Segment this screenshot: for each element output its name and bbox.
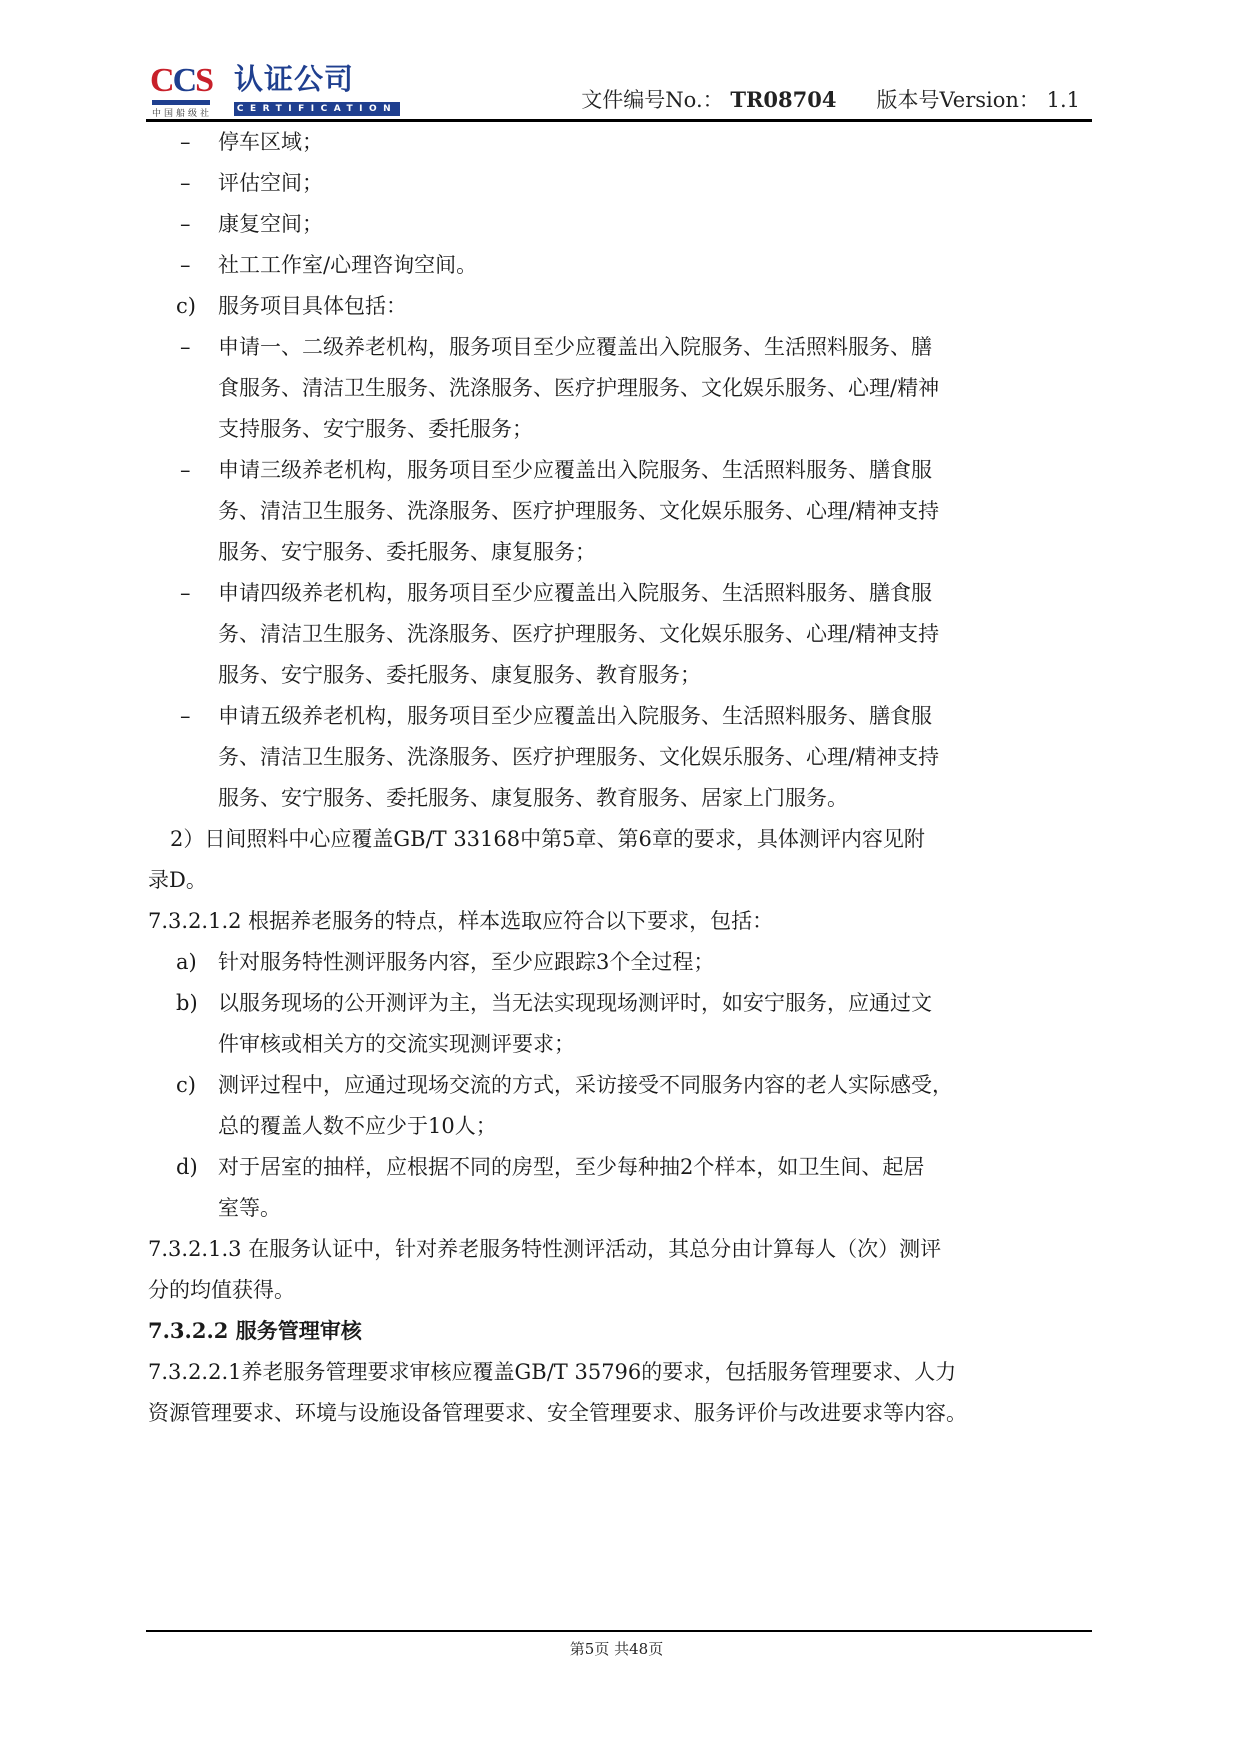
list-item-text: 室等。 xyxy=(218,1194,281,1222)
list-item-text: 服务、安宁服务、委托服务、康复服务、教育服务、居家上门服务。 xyxy=(218,784,848,812)
list-item-text: 停车区域； xyxy=(218,128,323,156)
page-header: CCS 中国船级社 认证公司 CERTIFICATION 文件编号No.： TR… xyxy=(148,62,1090,118)
company-en-label: CERTIFICATION xyxy=(234,102,400,116)
list-item-text: 测评过程中，应通过现场交流的方式，采访接受不同服务内容的老人实际感受， xyxy=(218,1071,953,1099)
list-item-text: 食服务、清洁卫生服务、洗涤服务、医疗护理服务、文化娱乐服务、心理/精神 xyxy=(218,374,939,402)
list-marker: – xyxy=(180,702,191,730)
list-item-text: 服务、安宁服务、委托服务、康复服务； xyxy=(218,538,596,566)
version-label: 版本号Version： xyxy=(877,88,1040,112)
list-marker: – xyxy=(180,579,191,607)
page-number: 第5页 共48页 xyxy=(0,1638,1233,1659)
list-item: – xyxy=(180,128,191,156)
clause-7-3-2-2-1-cont: 资源管理要求、环境与设施设备管理要求、安全管理要求、服务评价与改进要求等内容。 xyxy=(148,1399,967,1427)
clause-7-3-2-1-3-cont: 分的均值获得。 xyxy=(148,1276,295,1304)
header-divider xyxy=(146,119,1092,122)
doc-number-label: 文件编号No.： xyxy=(581,88,723,112)
clause-7-3-2-1-2: 7.3.2.1.2 根据养老服务的特点，样本选取应符合以下要求，包括： xyxy=(148,907,773,935)
footer-divider xyxy=(146,1630,1092,1632)
list-item-text: 总的覆盖人数不应少于10人； xyxy=(218,1112,497,1140)
clause-7-3-2-2-1: 7.3.2.2.1养老服务管理要求审核应覆盖GB/T 35796的要求，包括服务… xyxy=(148,1358,956,1386)
list-item-text: 针对服务特性测评服务内容，至少应跟踪3个全过程； xyxy=(218,948,714,976)
clause-7-3-2-1-3: 7.3.2.1.3 在服务认证中，针对养老服务特性测评活动，其总分由计算每人（次… xyxy=(148,1235,941,1263)
ccs-logo-mark: CCS xyxy=(150,64,212,98)
list-item: – xyxy=(180,251,191,279)
version-number: 1.1 xyxy=(1047,88,1080,112)
society-en-bar xyxy=(152,100,210,105)
list-item-text: 申请三级养老机构，服务项目至少应覆盖出入院服务、生活照料服务、膳食服 xyxy=(218,456,932,484)
list-marker: a) xyxy=(176,948,197,976)
item-c-marker: c) xyxy=(176,292,196,320)
list-marker: c) xyxy=(176,1071,196,1099)
list-item-text: 申请四级养老机构，服务项目至少应覆盖出入院服务、生活照料服务、膳食服 xyxy=(218,579,932,607)
section-heading: 7.3.2.2 服务管理审核 xyxy=(148,1317,362,1345)
list-item-text: 申请一、二级养老机构，服务项目至少应覆盖出入院服务、生活照料服务、膳 xyxy=(218,333,932,361)
list-item-text: 支持服务、安宁服务、委托服务； xyxy=(218,415,533,443)
paragraph-line: 录D。 xyxy=(148,866,207,894)
item-c-text: 服务项目具体包括： xyxy=(218,292,407,320)
document-info: 文件编号No.： TR08704 版本号Version： 1.1 xyxy=(581,84,1080,114)
list-item-text: 务、清洁卫生服务、洗涤服务、医疗护理服务、文化娱乐服务、心理/精神支持 xyxy=(218,743,939,771)
list-marker: – xyxy=(180,333,191,361)
list-item-text: 康复空间； xyxy=(218,210,323,238)
list-item: – xyxy=(180,169,191,197)
list-item-text: 申请五级养老机构，服务项目至少应覆盖出入院服务、生活照料服务、膳食服 xyxy=(218,702,932,730)
list-item-text: 务、清洁卫生服务、洗涤服务、医疗护理服务、文化娱乐服务、心理/精神支持 xyxy=(218,497,939,525)
paragraph-line: 2）日间照料中心应覆盖GB/T 33168中第5章、第6章的要求，具体测评内容见… xyxy=(170,825,925,853)
list-item-text: 社工工作室/心理咨询空间。 xyxy=(218,251,477,279)
list-item-text: 服务、安宁服务、委托服务、康复服务、教育服务； xyxy=(218,661,701,689)
ccs-certification-logo: CCS 中国船级社 认证公司 CERTIFICATION xyxy=(148,62,408,118)
list-marker: b) xyxy=(176,989,198,1017)
list-item-text: 务、清洁卫生服务、洗涤服务、医疗护理服务、文化娱乐服务、心理/精神支持 xyxy=(218,620,939,648)
list-item: – xyxy=(180,210,191,238)
list-item-text: 评估空间； xyxy=(218,169,323,197)
list-item-text: 以服务现场的公开测评为主，当无法实现现场测评时，如安宁服务，应通过文 xyxy=(218,989,932,1017)
list-item-text: 对于居室的抽样，应根据不同的房型，至少每种抽2个样本，如卫生间、起居 xyxy=(218,1153,924,1181)
society-cn-label: 中国船级社 xyxy=(152,106,212,119)
company-cn-label: 认证公司 xyxy=(234,62,354,96)
list-marker: d) xyxy=(176,1153,198,1181)
list-item-text: 件审核或相关方的交流实现测评要求； xyxy=(218,1030,575,1058)
doc-number: TR08704 xyxy=(730,87,836,112)
list-marker: – xyxy=(180,456,191,484)
